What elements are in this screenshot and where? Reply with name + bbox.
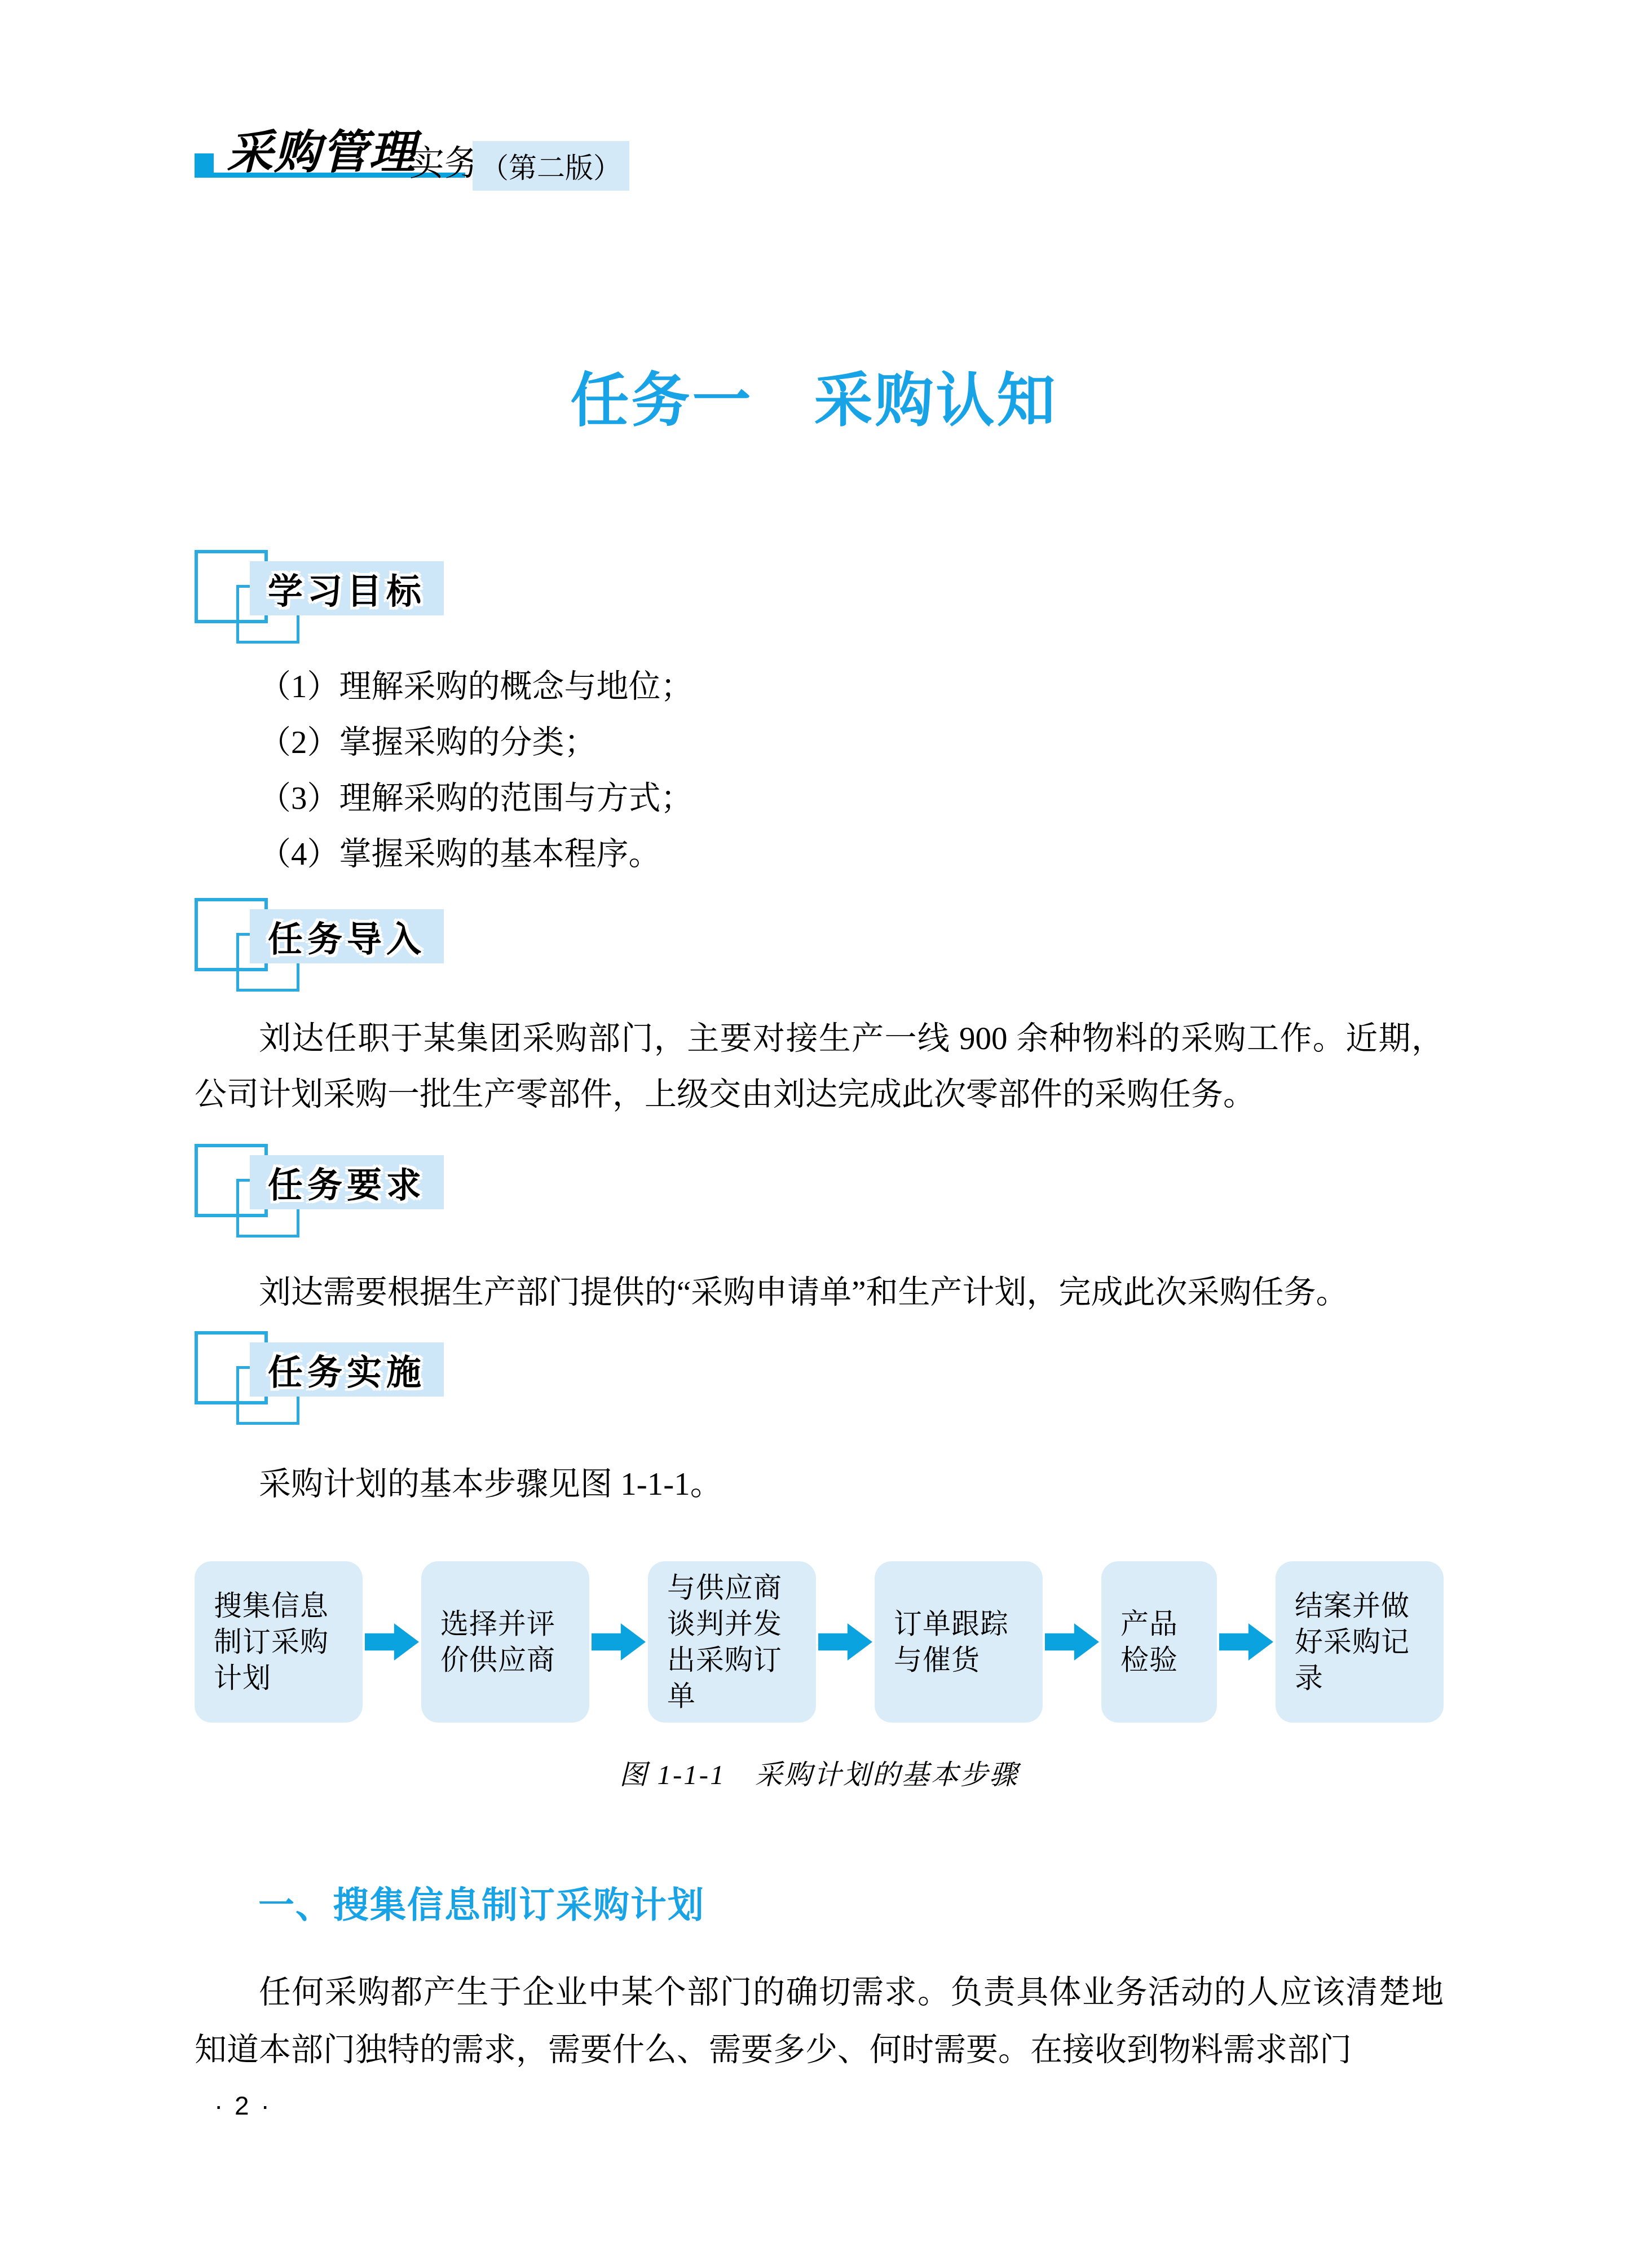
chapter-title: 任务一 采购认知	[0, 353, 1628, 438]
badge-label: 任务要求	[268, 1157, 426, 1208]
page-number: · 2 ·	[214, 2090, 272, 2121]
brand-square-icon	[195, 153, 214, 173]
arrow-right-icon	[592, 1623, 646, 1661]
arrow-right-icon	[1219, 1623, 1273, 1661]
arrow-right-icon	[365, 1623, 419, 1661]
arrow-right-icon	[1045, 1623, 1099, 1661]
badge-label: 任务实施	[268, 1345, 426, 1395]
flow-step-label: 产品检验	[1120, 1606, 1198, 1678]
badge-label: 任务导入	[268, 911, 426, 962]
flow-step: 与供应商谈判并发出采购订单	[648, 1561, 816, 1723]
brand-title-regular: 实务	[409, 135, 479, 186]
flow-step: 订单跟踪与催货	[875, 1561, 1043, 1723]
flow-step-label: 结案并做好采购记录	[1295, 1588, 1424, 1696]
subsection-heading: 一、搜集信息制订采购计划	[258, 1876, 705, 1928]
list-item: （4）掌握采购的基本程序。	[195, 826, 1444, 882]
subsection-paragraph: 任何采购都产生于企业中某个部门的确切需求。负责具体业务活动的人应该清楚地知道本部…	[195, 1964, 1444, 2079]
flow-step: 选择并评价供应商	[421, 1561, 589, 1723]
list-item: （2）掌握采购的分类；	[195, 715, 1444, 770]
flow-step: 结案并做好采购记录	[1276, 1561, 1444, 1723]
requirements-paragraph: 刘达需要根据生产部门提供的“采购申请单”和生产计划，完成此次采购任务。	[195, 1265, 1444, 1320]
intro-paragraph: 刘达任职于某集团采购部门，主要对接生产一线 900 余种物料的采购工作。近期，公…	[195, 1011, 1444, 1122]
section-badge-intro: 任务导入	[195, 898, 510, 999]
section-badge-objectives: 学习目标	[195, 550, 510, 651]
implementation-lead: 采购计划的基本步骤见图 1-1-1。	[195, 1456, 1444, 1512]
flow-step-label: 与供应商谈判并发出采购订单	[667, 1570, 797, 1714]
objectives-list: （1）理解采购的概念与地位； （2）掌握采购的分类； （3）理解采购的范围与方式…	[195, 659, 1444, 882]
section-badge-implementation: 任务实施	[195, 1331, 510, 1433]
badge-banner: 任务实施	[250, 1342, 444, 1397]
badge-label: 学习目标	[268, 563, 426, 614]
flow-step-label: 订单跟踪与催货	[894, 1606, 1023, 1678]
list-item: （3）理解采购的范围与方式；	[195, 770, 1444, 826]
flow-step: 搜集信息制订采购计划	[195, 1561, 363, 1723]
flow-step-label: 选择并评价供应商	[440, 1606, 570, 1678]
book-page: 采购管理 实务 （第二版） 任务一 采购认知 学习目标 （1）理解采购的概念与地…	[0, 0, 1628, 2268]
arrow-right-icon	[818, 1623, 872, 1661]
flow-step: 产品检验	[1101, 1561, 1217, 1723]
brand-title-script: 采购管理	[227, 116, 416, 182]
procurement-flowchart: 搜集信息制订采购计划 选择并评价供应商 与供应商谈判并发出采购订单 订单跟踪与催…	[195, 1561, 1444, 1723]
figure-caption: 图 1-1-1 采购计划的基本步骤	[195, 1753, 1444, 1793]
badge-banner: 学习目标	[250, 561, 444, 615]
brand-edition-tag: （第二版）	[473, 141, 629, 191]
list-item: （1）理解采购的概念与地位；	[195, 659, 1444, 715]
section-badge-requirements: 任务要求	[195, 1144, 510, 1245]
badge-banner: 任务要求	[250, 1155, 444, 1209]
flow-step-label: 搜集信息制订采购计划	[214, 1588, 343, 1696]
badge-banner: 任务导入	[250, 909, 444, 963]
